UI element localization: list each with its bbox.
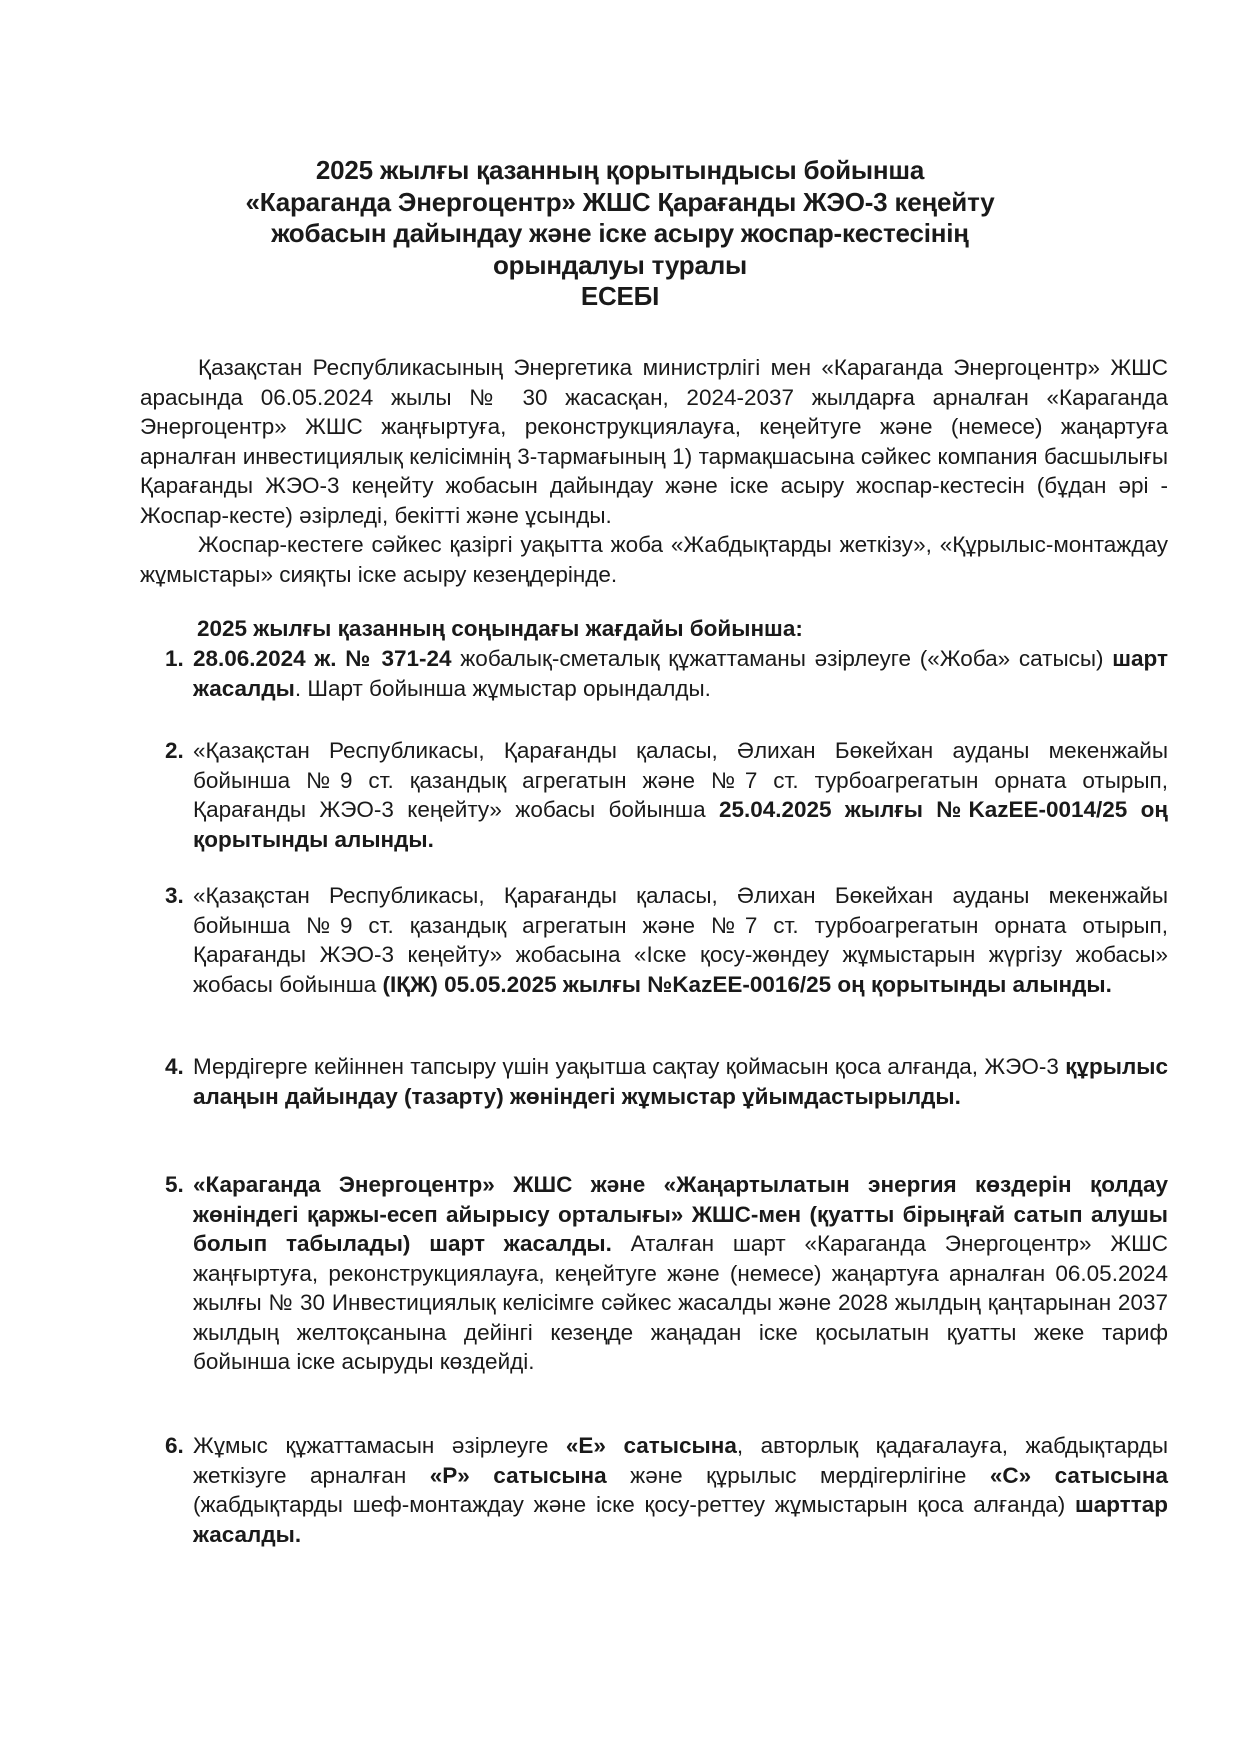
title-line: «Караганда Энергоцентр» ЖШС Қарағанды ЖЭ… [150,187,1090,219]
list-item: 6. Жұмыс құжаттамасын әзірлеуге «Е» саты… [165,1431,1168,1549]
item-text-segment: (ІҚЖ) 05.05.2025 жылғы №KazEE-0016/25 оң… [383,972,1112,997]
document-title: 2025 жылғы қазанның қорытындысы бойынша … [150,155,1090,313]
item-text-segment: жобалық-сметалық құжаттаманы әзірлеуге (… [452,646,1113,671]
item-number: 5. [165,1170,184,1200]
item-text-segment: (жабдықтарды шеф-монтаждау және іске қос… [193,1492,1075,1517]
status-heading: 2025 жылғы қазанның соңындағы жағдайы бо… [197,614,803,644]
item-text: Жұмыс құжаттамасын әзірлеуге «Е» сатысын… [193,1431,1168,1549]
item-number: 1. [165,644,184,674]
item-text: 28.06.2024 ж. № 371-24 жобалық-сметалық … [193,644,1168,703]
item-text-segment: Мердігерге кейіннен тапсыру үшін уақытша… [193,1054,1065,1079]
item-text-segment: «Р» сатысына [430,1463,607,1488]
intro-paragraph: Қазақстан Республикасының Энергетика мин… [140,353,1168,530]
item-text: «Қазақстан Республикасы, Қарағанды қалас… [193,881,1168,999]
document-page: 2025 жылғы қазанның қорытындысы бойынша … [0,0,1240,1753]
title-line: жобасын дайындау және іске асыру жоспар-… [150,218,1090,250]
item-number: 3. [165,881,184,911]
item-text-segment: Жұмыс құжаттамасын әзірлеуге [193,1433,566,1458]
item-text-segment: . Шарт бойынша жұмыстар орындалды. [295,676,711,701]
item-text-segment: 28.06.2024 ж. № 371-24 [193,646,452,671]
list-item: 4. Мердігерге кейіннен тапсыру үшін уақы… [165,1052,1168,1111]
list-item: 2. «Қазақстан Республикасы, Қарағанды қа… [165,736,1168,854]
item-number: 4. [165,1052,184,1082]
item-text-segment: «Е» сатысына [566,1433,737,1458]
intro-paragraph: Жоспар-кестеге сәйкес қазіргі уақытта жо… [140,530,1168,589]
list-item: 3. «Қазақстан Республикасы, Қарағанды қа… [165,881,1168,999]
item-text: «Караганда Энергоцентр» ЖШС және «Жаңарт… [193,1170,1168,1377]
item-text: Мердігерге кейіннен тапсыру үшін уақытша… [193,1052,1168,1111]
item-number: 6. [165,1431,184,1461]
title-line: орындалуы туралы [150,250,1090,282]
title-line: ЕСЕБІ [150,281,1090,313]
item-text: «Қазақстан Республикасы, Қарағанды қалас… [193,736,1168,854]
intro-section: Қазақстан Республикасының Энергетика мин… [140,353,1168,589]
list-item: 5. «Караганда Энергоцентр» ЖШС және «Жаң… [165,1170,1168,1377]
item-text-segment: және құрылыс мердігерлігіне [607,1463,990,1488]
item-text-segment: «С» сатысына [990,1463,1168,1488]
title-line: 2025 жылғы қазанның қорытындысы бойынша [150,155,1090,187]
list-item: 1. 28.06.2024 ж. № 371-24 жобалық-сметал… [165,644,1168,703]
item-number: 2. [165,736,184,766]
